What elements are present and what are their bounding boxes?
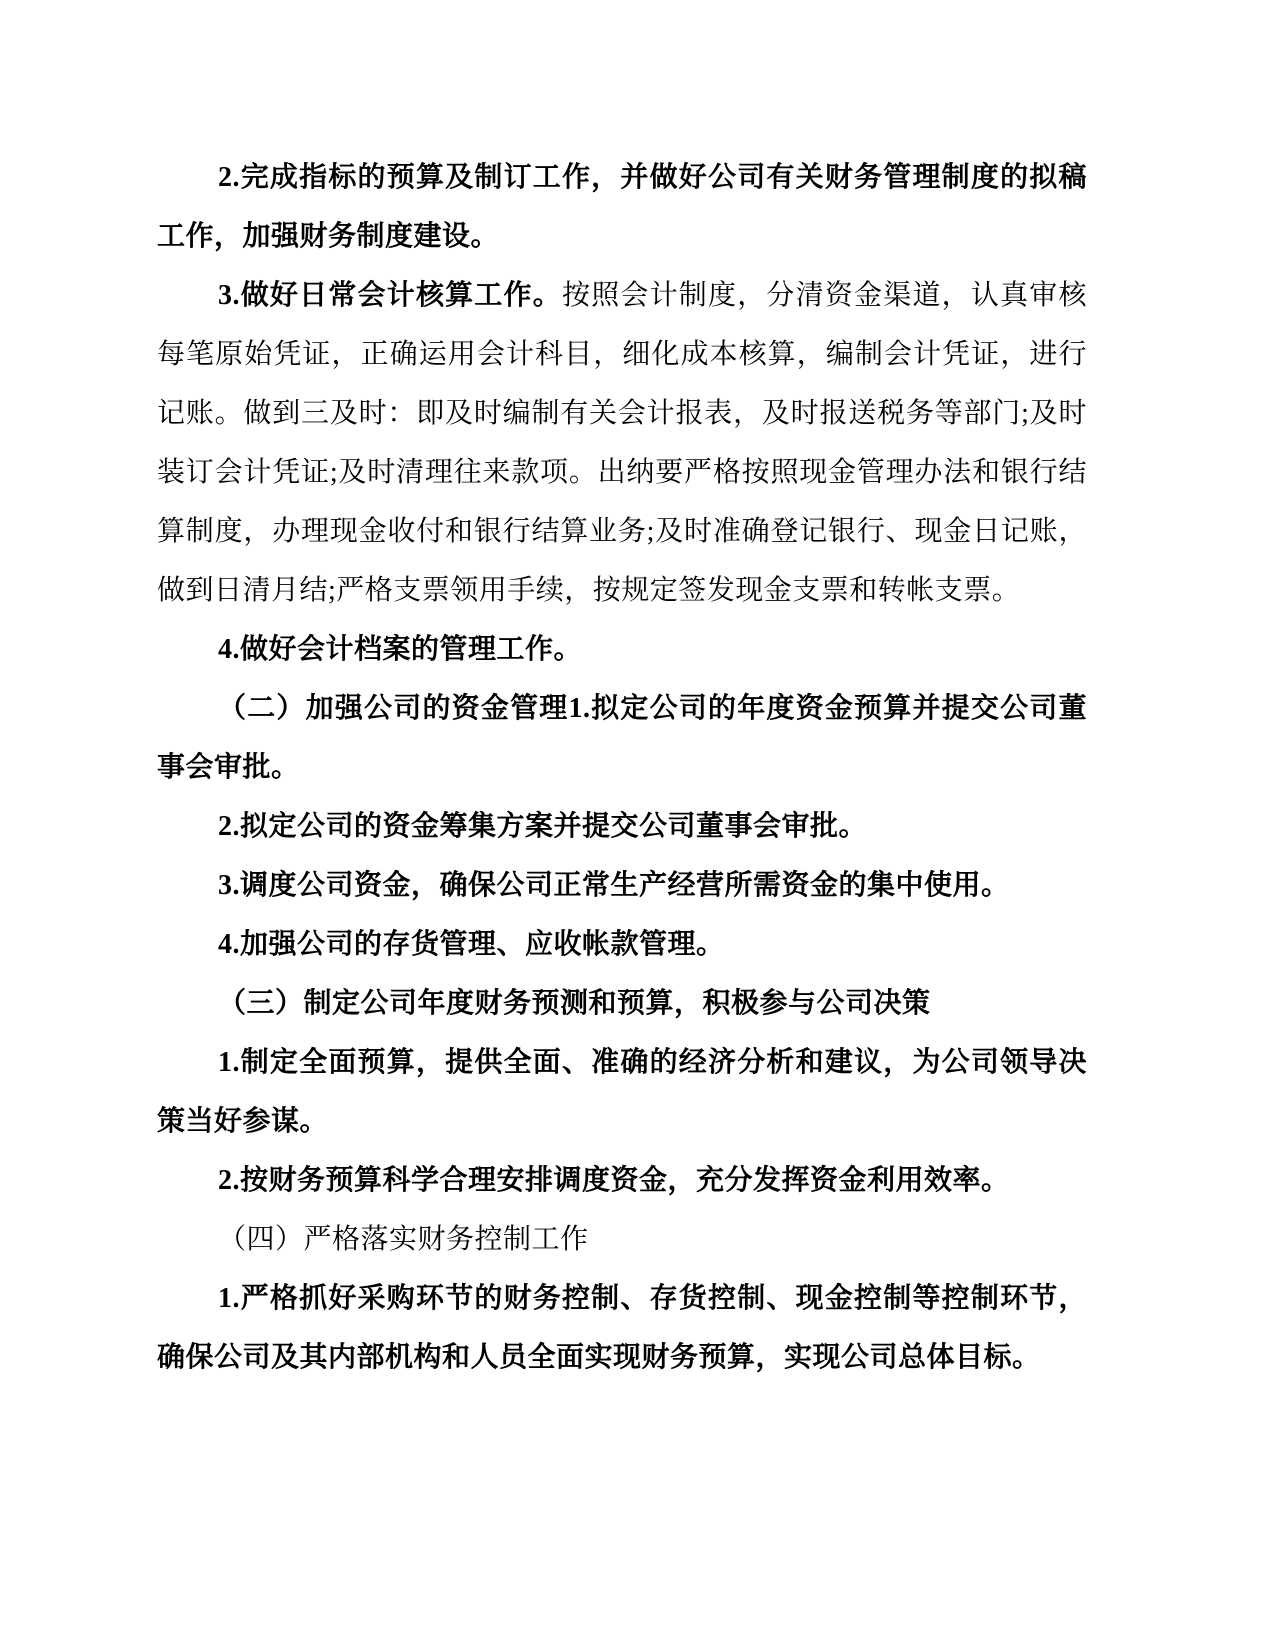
document-body: 2.完成指标的预算及制订工作，并做好公司有关财务管理制度的拟稿工作，加强财务制度… xyxy=(157,148,1087,1387)
paragraph-section-two-funds: （二）加强公司的资金管理1.拟定公司的年度资金预算并提交公司董事会审批。 xyxy=(157,679,1087,797)
text-run: （二）加强公司的资金管理1.拟定公司的年度资金预算并提交公司董事会审批。 xyxy=(157,693,1087,783)
paragraph-section-three-forecast: （三）制定公司年度财务预测和预算，积极参与公司决策 xyxy=(157,974,1087,1033)
paragraph-fund-efficiency: 2.按财务预算科学合理安排调度资金，充分发挥资金利用效率。 xyxy=(157,1151,1087,1210)
paragraph-budget-drafting: 2.完成指标的预算及制订工作，并做好公司有关财务管理制度的拟稿工作，加强财务制度… xyxy=(157,148,1087,266)
paragraph-daily-accounting: 3.做好日常会计核算工作。按照会计制度，分清资金渠道，认真审核每笔原始凭证，正确… xyxy=(157,266,1087,620)
paragraph-archives-management: 4.做好会计档案的管理工作。 xyxy=(157,620,1087,679)
text-run: 1.制定全面预算，提供全面、准确的经济分析和建议，为公司领导决策当好参谋。 xyxy=(157,1047,1087,1137)
text-run: 按照会计制度，分清资金渠道，认真审核每笔原始凭证，正确运用会计科目，细化成本核算… xyxy=(157,280,1087,606)
text-run: 3.做好日常会计核算工作。 xyxy=(218,280,562,311)
text-run: 2.拟定公司的资金筹集方案并提交公司董事会审批。 xyxy=(218,811,867,842)
paragraph-section-four-control: （四）严格落实财务控制工作 xyxy=(157,1210,1087,1269)
paragraph-fund-dispatch: 3.调度公司资金，确保公司正常生产经营所需资金的集中使用。 xyxy=(157,856,1087,915)
text-run: 2.按财务预算科学合理安排调度资金，充分发挥资金利用效率。 xyxy=(218,1165,1010,1196)
paragraph-procurement-control: 1.严格抓好采购环节的财务控制、存货控制、现金控制等控制环节，确保公司及其内部机… xyxy=(157,1269,1087,1387)
text-run: （四）严格落实财务控制工作 xyxy=(218,1224,589,1255)
paragraph-inventory-receivables: 4.加强公司的存货管理、应收帐款管理。 xyxy=(157,915,1087,974)
paragraph-fundraising-plan: 2.拟定公司的资金筹集方案并提交公司董事会审批。 xyxy=(157,797,1087,856)
text-run: 4.做好会计档案的管理工作。 xyxy=(218,634,582,665)
text-run: （三）制定公司年度财务预测和预算，积极参与公司决策 xyxy=(218,988,931,1019)
text-run: 1.严格抓好采购环节的财务控制、存货控制、现金控制等控制环节，确保公司及其内部机… xyxy=(157,1283,1087,1373)
text-run: 2.完成指标的预算及制订工作，并做好公司有关财务管理制度的拟稿工作，加强财务制度… xyxy=(157,162,1087,252)
text-run: 4.加强公司的存货管理、应收帐款管理。 xyxy=(218,929,725,960)
paragraph-comprehensive-budget: 1.制定全面预算，提供全面、准确的经济分析和建议，为公司领导决策当好参谋。 xyxy=(157,1033,1087,1151)
document-page: 2.完成指标的预算及制订工作，并做好公司有关财务管理制度的拟稿工作，加强财务制度… xyxy=(0,0,1275,1650)
text-run: 3.调度公司资金，确保公司正常生产经营所需资金的集中使用。 xyxy=(218,870,1010,901)
